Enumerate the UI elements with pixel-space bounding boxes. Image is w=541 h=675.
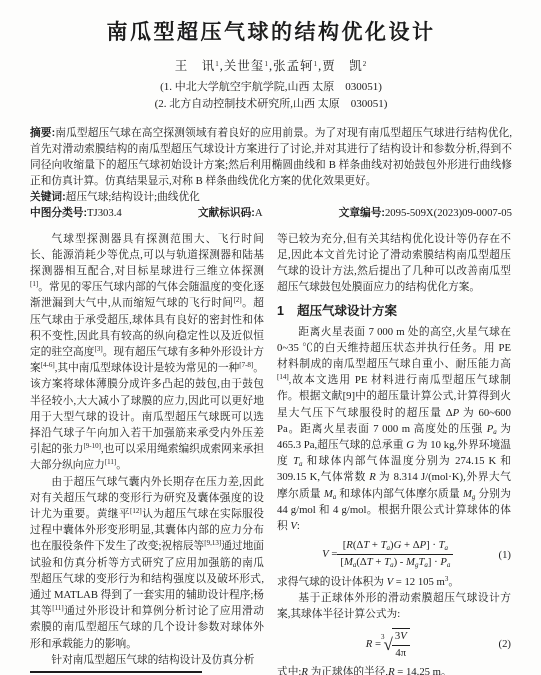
affiliation-2: (2. 北方自动控制技术研究所,山西 太原 030051) bbox=[30, 96, 512, 113]
meta-line: 中图分类号:TJ303.4 文献标识码:A 文章编号:2095-509X(202… bbox=[30, 205, 512, 221]
abstract-paragraph: 摘要:南瓜型超压气球在高空探测领域有着良好的应用前景。为了对现有南瓜型超压气球进… bbox=[30, 125, 512, 189]
affiliations: (1. 中北大学航空宇航学院,山西 太原 030051) (2. 北方自动控制技… bbox=[30, 79, 512, 112]
body-paragraph: 等已较为充分,但有关其结构优化设计等仍存在不足,因此本文首先讨论了滑动索膜结构南… bbox=[277, 231, 511, 296]
doc-code-item: 文献标识码:A bbox=[198, 205, 263, 221]
fraction-numerator: 3V bbox=[392, 630, 410, 646]
clc-value: TJ303.4 bbox=[87, 207, 122, 219]
keywords-line: 关键词:超压气球;结构设计;曲线优化 bbox=[30, 189, 512, 205]
keywords-text: 超压气球;结构设计;曲线优化 bbox=[66, 191, 200, 203]
affiliation-1: (1. 中北大学航空宇航学院,山西 太原 030051) bbox=[30, 79, 512, 96]
formula-1-lhs: V = bbox=[322, 548, 337, 561]
abstract-label: 摘要: bbox=[30, 127, 55, 139]
footnote-divider bbox=[30, 671, 202, 673]
formula-2: R = 3√3V4π (2) bbox=[277, 628, 511, 661]
paper-page: 南瓜型超压气球的结构优化设计 王 讯1,关世玺1,张孟轲1,贾 凯2 (1. 中… bbox=[0, 0, 541, 675]
formula-2-lhs: R = bbox=[366, 638, 381, 651]
abstract-text: 南瓜型超压气球在高空探测领域有着良好的应用前景。为了对现有南瓜型超压气球进行结构… bbox=[30, 127, 512, 187]
clc-label: 中图分类号: bbox=[30, 207, 87, 219]
body-paragraph: 由于超压气球气囊内外长期存在压力差,因此对有关超压气球的变形行为研究及囊体强度的… bbox=[30, 474, 264, 652]
left-column: 气球型探测器具有探测范围大、飞行时间长、能源消耗少等优点,可以与轨道探测器和陆基… bbox=[30, 231, 264, 675]
doc-code-label: 文献标识码: bbox=[198, 207, 255, 219]
root-index: 3 bbox=[381, 633, 385, 641]
abstract-block: 摘要:南瓜型超压气球在高空探测领域有着良好的应用前景。为了对现有南瓜型超压气球进… bbox=[30, 125, 512, 222]
article-id-label: 文章编号: bbox=[339, 207, 385, 219]
doc-code-value: A bbox=[255, 207, 263, 219]
body-paragraph: 针对南瓜型超压气球的结构设计及仿真分析 bbox=[30, 652, 264, 668]
keywords-label: 关键词: bbox=[30, 191, 66, 203]
body-paragraph: 求得气球的设计体积为 V = 12 105 m3。 bbox=[277, 574, 511, 590]
article-id-value: 2095-509X(2023)09-0007-05 bbox=[385, 207, 512, 219]
body-columns: 气球型探测器具有探测范围大、飞行时间长、能源消耗少等优点,可以与轨道探测器和陆基… bbox=[30, 231, 512, 675]
fraction-denominator: [Ma(ΔT + Ta) - MgTa] · Pa bbox=[337, 555, 453, 570]
body-paragraph: 气球型探测器具有探测范围大、飞行时间长、能源消耗少等优点,可以与轨道探测器和陆基… bbox=[30, 231, 264, 474]
authors-line: 王 讯1,关世玺1,张孟轲1,贾 凯2 bbox=[30, 56, 512, 74]
page-title: 南瓜型超压气球的结构优化设计 bbox=[30, 16, 512, 46]
body-paragraph: 式中:R 为正球体的半径,R = 14.25 m。 bbox=[277, 664, 511, 675]
right-column: 等已较为充分,但有关其结构优化设计等仍存在不足,因此本文首先讨论了滑动索膜结构南… bbox=[277, 231, 511, 675]
clc-item: 中图分类号:TJ303.4 bbox=[30, 205, 122, 221]
formula-2-equation: R = 3√3V4π bbox=[277, 628, 499, 661]
formula-2-number: (2) bbox=[499, 636, 511, 652]
body-paragraph: 基于正球体外形的滑动索膜超压气球设计方案,其球体半径计算公式为: bbox=[277, 590, 511, 622]
article-id-item: 文章编号:2095-509X(2023)09-0007-05 bbox=[339, 205, 512, 221]
fraction: [R(ΔT + Ta)G + ΔP] · Ta [Ma(ΔT + Ta) - M… bbox=[337, 539, 453, 570]
cube-root: 3√3V4π bbox=[381, 628, 410, 661]
section-1-number: 1 bbox=[277, 304, 284, 318]
fraction-denominator: 4π bbox=[392, 646, 410, 661]
fraction: 3V4π bbox=[392, 630, 410, 661]
section-1-title: 超压气球设计方案 bbox=[297, 304, 397, 318]
root-body: 3V4π bbox=[392, 628, 410, 661]
fraction-numerator: [R(ΔT + Ta)G + ΔP] · Ta bbox=[337, 539, 453, 555]
formula-1-number: (1) bbox=[499, 547, 511, 563]
formula-1-equation: V = [R(ΔT + Ta)G + ΔP] · Ta [Ma(ΔT + Ta)… bbox=[277, 539, 499, 570]
body-paragraph: 距离火星表面 7 000 m 处的高空,火星气球在 0~35 ℃的白天维持超压状… bbox=[277, 324, 511, 535]
section-1-heading: 1超压气球设计方案 bbox=[277, 303, 511, 319]
formula-1: V = [R(ΔT + Ta)G + ΔP] · Ta [Ma(ΔT + Ta)… bbox=[277, 539, 511, 570]
